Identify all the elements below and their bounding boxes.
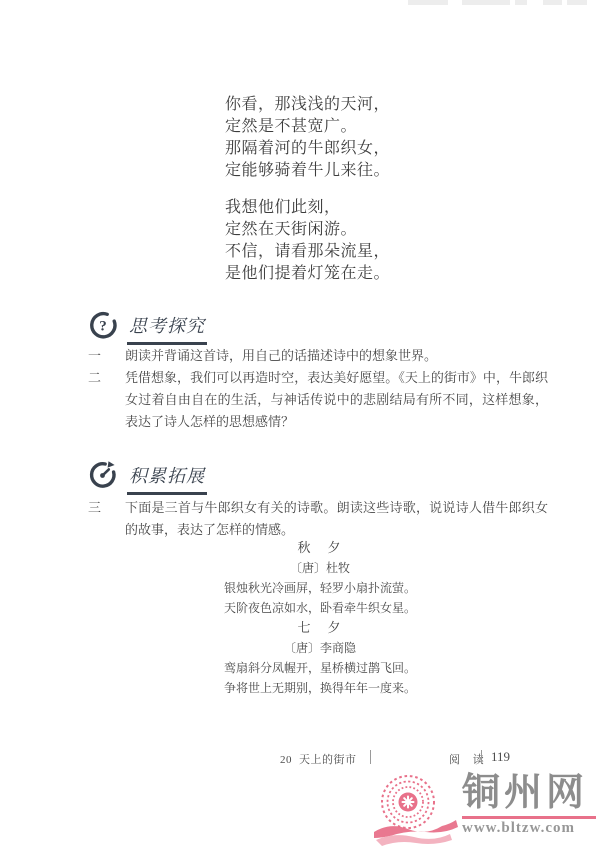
appended-poem-line: 天阶夜色凉如水，卧看牵牛织女星。 xyxy=(100,598,540,618)
textbook-page: { "poem": { "stanza1": ["你看，那浅浅的天河，", "定… xyxy=(0,0,600,850)
page-footer: 20天上的街市 阅 读 119 xyxy=(0,749,600,767)
poem-line: 定能够骑着牛儿来往。 xyxy=(225,160,390,182)
main-poem: 你看，那浅浅的天河， 定然是不甚宽广。 那隔着河的牛郎织女， 定能够骑着牛儿来往… xyxy=(225,94,390,285)
watermark-rule xyxy=(462,816,596,819)
expand-questions: 三 下面是三首与牛郎织女有关的诗歌。朗读这些诗歌，说说诗人借牛郎织女的故事，表达… xyxy=(88,497,548,541)
appended-poem: 七 夕 〔唐〕李商隐 鸾扇斜分凤幄开，星桥横过鹊飞回。 争将世上无期别，换得年年… xyxy=(100,618,540,698)
poem-line: 定然是不甚宽广。 xyxy=(225,116,390,138)
appended-poem-line: 争将世上无期别，换得年年一度来。 xyxy=(100,678,540,698)
site-watermark: 铜州网 www.bltzw.com xyxy=(372,772,598,850)
poem-line: 那隔着河的牛郎织女， xyxy=(225,138,390,160)
footer-lesson-number: 20 xyxy=(280,754,292,766)
compass-arrow-icon xyxy=(88,460,118,490)
svg-text:?: ? xyxy=(99,319,107,335)
appended-poem-title: 七 夕 xyxy=(100,618,540,638)
question-number: 二 xyxy=(88,367,125,433)
footer-lesson-title: 天上的街市 xyxy=(299,754,357,766)
watermark-site-url: www.bltzw.com xyxy=(462,820,598,837)
poem-stanza-1: 你看，那浅浅的天河， 定然是不甚宽广。 那隔着河的牛郎织女， 定能够骑着牛儿来往… xyxy=(225,94,390,182)
watermark-site-name: 铜州网 xyxy=(462,772,598,814)
footer-lesson: 20天上的街市 xyxy=(280,751,357,767)
footer-divider xyxy=(370,750,371,764)
section-title: 思考探究 xyxy=(127,312,207,345)
footer-page-number: 119 xyxy=(491,749,510,765)
appended-poem-title: 秋 夕 xyxy=(100,538,540,558)
poem-line: 定然在天街闲游。 xyxy=(225,219,390,241)
poem-line: 不信，请看那朵流星， xyxy=(225,241,390,263)
question-text: 下面是三首与牛郎织女有关的诗歌。朗读这些诗歌，说说诗人借牛郎织女的故事，表达了怎… xyxy=(125,497,548,541)
watermark-text: 铜州网 www.bltzw.com xyxy=(462,772,598,850)
section-header-expand: 积累拓展 xyxy=(88,460,207,495)
question-text: 朗读并背诵这首诗，用自己的话描述诗中的想象世界。 xyxy=(125,345,548,367)
think-questions: 一 朗读并背诵这首诗，用自己的话描述诗中的想象世界。 二 凭借想象，我们可以再造… xyxy=(88,345,548,433)
question-number: 一 xyxy=(88,345,125,367)
footer-section-label: 阅 读 xyxy=(449,751,489,767)
poem-line: 我想他们此刻， xyxy=(225,197,390,219)
scan-artifact xyxy=(462,0,510,5)
appended-poem-author: 〔唐〕杜牧 xyxy=(100,558,540,578)
section-header-think: ? 思考探究 xyxy=(88,310,207,345)
question-item: 二 凭借想象，我们可以再造时空，表达美好愿望。《天上的街市》中，牛郎织女过着自由… xyxy=(88,367,548,433)
question-item: 一 朗读并背诵这首诗，用自己的话描述诗中的想象世界。 xyxy=(88,345,548,367)
appended-poems: 秋 夕 〔唐〕杜牧 银烛秋光冷画屏，轻罗小扇扑流萤。 天阶夜色凉如水，卧看牵牛织… xyxy=(100,538,540,698)
scan-artifact xyxy=(515,0,527,5)
poem-line: 你看，那浅浅的天河， xyxy=(225,94,390,116)
appended-poem-line: 银烛秋光冷画屏，轻罗小扇扑流萤。 xyxy=(100,578,540,598)
poem-line: 是他们提着灯笼在走。 xyxy=(225,263,390,285)
question-number: 三 xyxy=(88,497,125,541)
appended-poem-line: 鸾扇斜分凤幄开，星桥横过鹊飞回。 xyxy=(100,658,540,678)
appended-poem: 秋 夕 〔唐〕杜牧 银烛秋光冷画屏，轻罗小扇扑流萤。 天阶夜色凉如水，卧看牵牛织… xyxy=(100,538,540,618)
question-circle-icon: ? xyxy=(88,310,118,340)
question-item: 三 下面是三首与牛郎织女有关的诗歌。朗读这些诗歌，说说诗人借牛郎织女的故事，表达… xyxy=(88,497,548,541)
scan-artifact xyxy=(567,0,587,5)
footer-divider xyxy=(481,750,482,764)
seal-stamp-icon xyxy=(372,772,458,850)
section-title: 积累拓展 xyxy=(127,462,207,495)
scan-artifact xyxy=(408,0,448,5)
appended-poem-author: 〔唐〕李商隐 xyxy=(100,638,540,658)
poem-stanza-2: 我想他们此刻， 定然在天街闲游。 不信，请看那朵流星， 是他们提着灯笼在走。 xyxy=(225,197,390,285)
question-text: 凭借想象，我们可以再造时空，表达美好愿望。《天上的街市》中，牛郎织女过着自由自在… xyxy=(125,367,548,433)
scan-artifact xyxy=(543,0,562,5)
